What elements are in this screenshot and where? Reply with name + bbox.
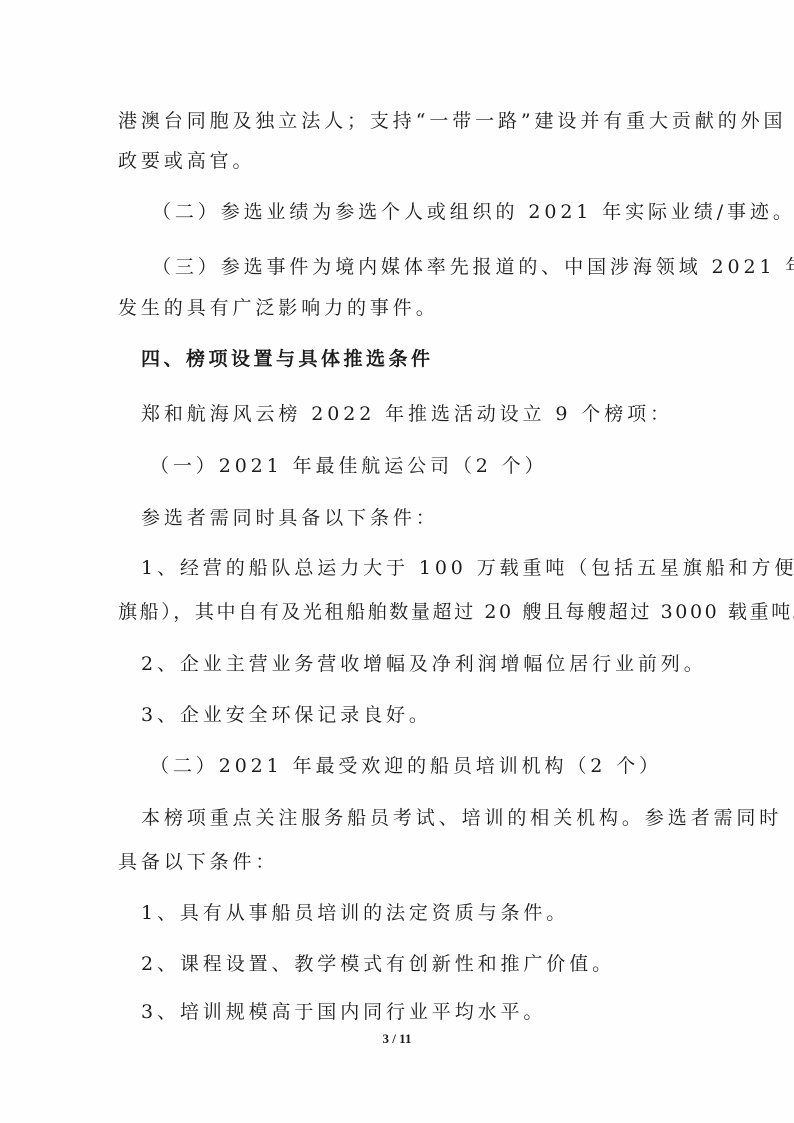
paragraph-line: （三）参选事件为境内媒体率先报道的、中国涉海领域 2021 年	[152, 252, 722, 282]
document-page: 港澳台同胞及独立法人；支持“一带一路”建设并有重大贡献的外国 政要或高官。 （二…	[0, 0, 794, 1123]
list-item: 1、经营的船队总运力大于 100 万载重吨（包括五星旗船和方便	[141, 553, 711, 583]
paragraph-line: 旗船），其中自有及光租船舶数量超过 20 艘且每艘超过 3000 载重吨。	[118, 597, 688, 627]
list-item: 2、课程设置、教学模式有创新性和推广价值。	[141, 949, 711, 979]
page-number: 3 / 11	[0, 1031, 794, 1047]
paragraph-line: 具备以下条件：	[118, 847, 688, 877]
subsection-heading: （二）2021 年最受欢迎的船员培训机构（2 个）	[150, 751, 720, 781]
list-item: 3、培训规模高于国内同行业平均水平。	[141, 997, 711, 1027]
section-heading: 四、榜项设置与具体推选条件	[141, 344, 711, 374]
paragraph-line: 本榜项重点关注服务船员考试、培训的相关机构。参选者需同时	[141, 803, 711, 833]
paragraph-line: 郑和航海风云榜 2022 年推选活动设立 9 个榜项：	[141, 399, 711, 429]
subsection-heading: （一）2021 年最佳航运公司（2 个）	[150, 451, 720, 481]
paragraph-line: 港澳台同胞及独立法人；支持“一带一路”建设并有重大贡献的外国	[118, 106, 688, 136]
paragraph-line: 发生的具有广泛影响力的事件。	[118, 293, 688, 323]
paragraph-line: 政要或高官。	[118, 146, 688, 176]
list-item: 3、企业安全环保记录良好。	[141, 700, 711, 730]
list-item: 1、具有从事船员培训的法定资质与条件。	[141, 898, 711, 928]
list-item: 2、企业主营业务营收增幅及净利润增幅位居行业前列。	[141, 649, 711, 679]
paragraph-line: 参选者需同时具备以下条件：	[141, 503, 711, 533]
paragraph-line: （二）参选业绩为参选个人或组织的 2021 年实际业绩/事迹。	[152, 197, 722, 227]
